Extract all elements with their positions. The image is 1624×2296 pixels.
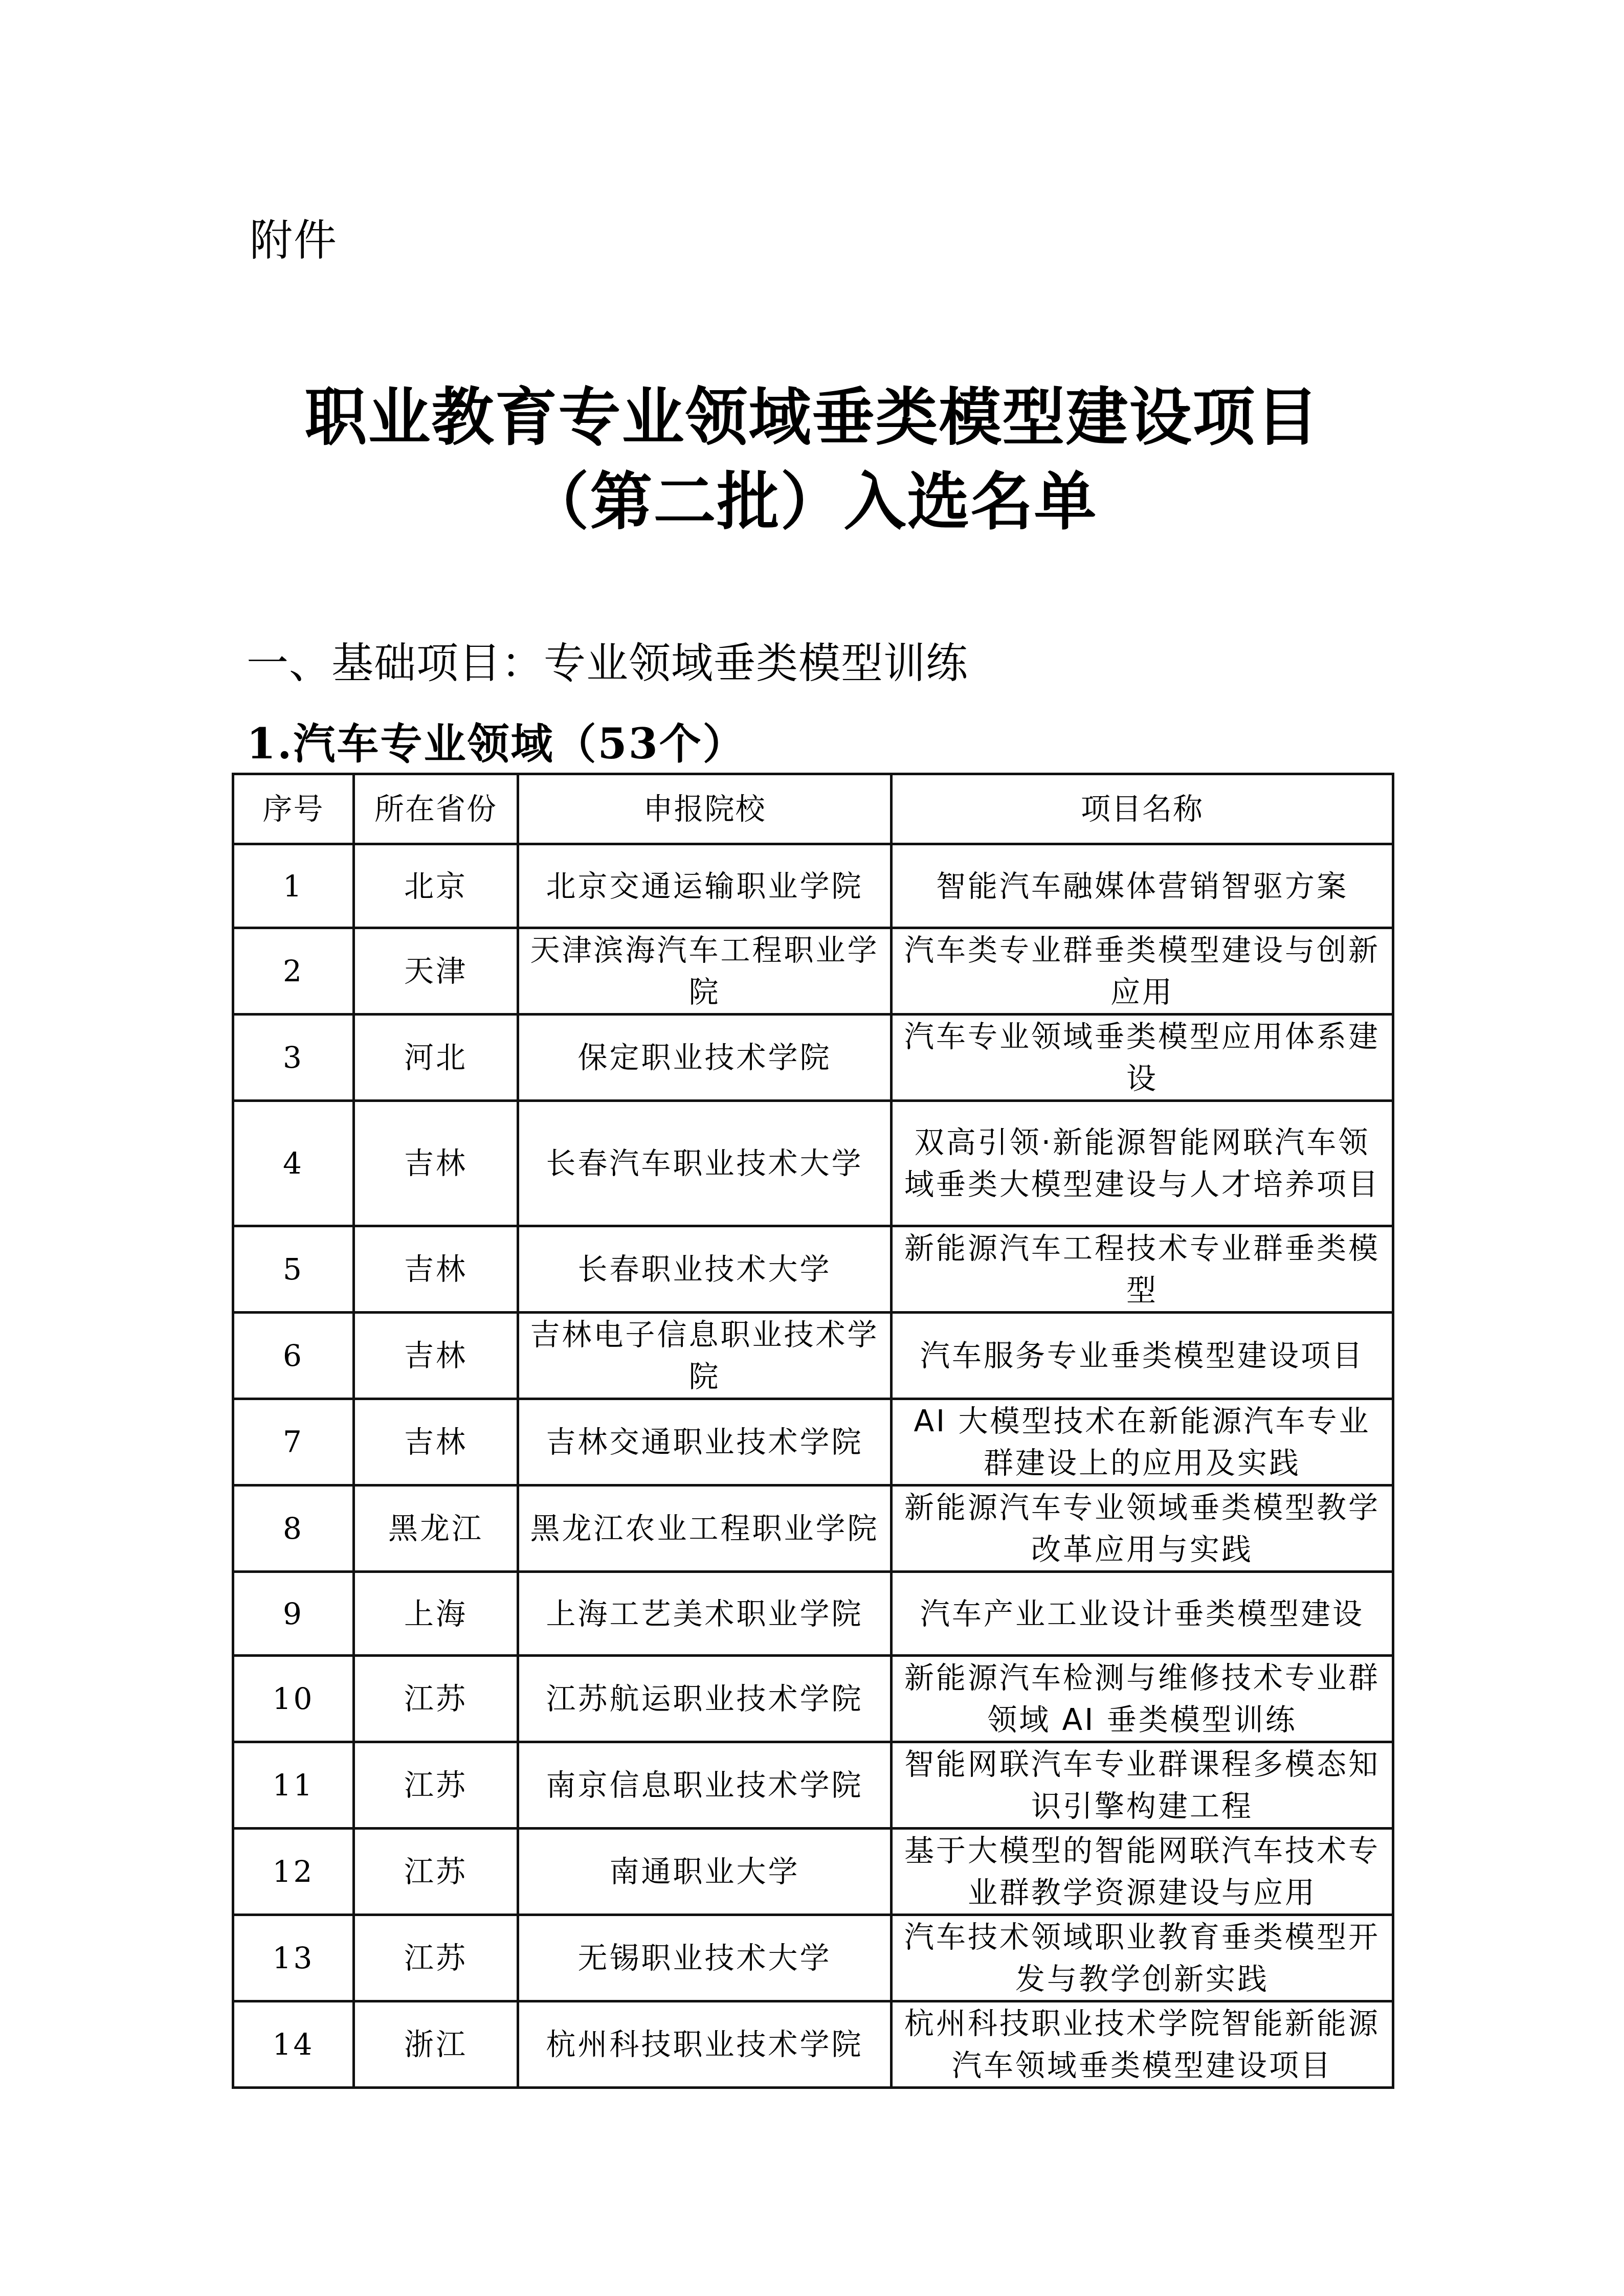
header-serial-number: 序号	[233, 774, 354, 844]
cell-province: 江苏	[354, 1915, 518, 2001]
cell-province: 上海	[354, 1572, 518, 1656]
cell-school: 保定职业技术学院	[518, 1015, 892, 1101]
cell-school: 吉林电子信息职业技术学院	[518, 1313, 892, 1399]
cell-project-name: 智能网联汽车专业群课程多模态知识引擎构建工程	[892, 1742, 1393, 1829]
table-row: 7 吉林 吉林交通职业技术学院 AI 大模型技术在新能源汽车专业群建设上的应用及…	[233, 1399, 1393, 1485]
cell-serial-number: 8	[233, 1485, 354, 1572]
table-row: 5 吉林 长春职业技术大学 新能源汽车工程技术专业群垂类模型	[233, 1226, 1393, 1313]
cell-project-name: 智能汽车融媒体营销智驱方案	[892, 844, 1393, 928]
subsection-heading: 1.汽车专业领域（53个）	[247, 716, 746, 772]
cell-project-name: 汽车专业领域垂类模型应用体系建设	[892, 1015, 1393, 1101]
header-school: 申报院校	[518, 774, 892, 844]
cell-project-name: AI 大模型技术在新能源汽车专业群建设上的应用及实践	[892, 1399, 1393, 1485]
document-title-line1: 职业教育专业领域垂类模型建设项目	[0, 378, 1624, 455]
cell-serial-number: 13	[233, 1915, 354, 2001]
cell-serial-number: 1	[233, 844, 354, 928]
cell-project-name: 新能源汽车专业领域垂类模型教学改革应用与实践	[892, 1485, 1393, 1572]
cell-school: 北京交通运输职业学院	[518, 844, 892, 928]
cell-serial-number: 5	[233, 1226, 354, 1313]
cell-project-name: 汽车类专业群垂类模型建设与创新应用	[892, 928, 1393, 1015]
cell-serial-number: 7	[233, 1399, 354, 1485]
cell-province: 浙江	[354, 2001, 518, 2088]
cell-project-name: 新能源汽车工程技术专业群垂类模型	[892, 1226, 1393, 1313]
cell-project-name: 新能源汽车检测与维修技术专业群领域 AI 垂类模型训练	[892, 1656, 1393, 1742]
header-project-name: 项目名称	[892, 774, 1393, 844]
cell-school: 吉林交通职业技术学院	[518, 1399, 892, 1485]
table-row: 12 江苏 南通职业大学 基于大模型的智能网联汽车技术专业群教学资源建设与应用	[233, 1829, 1393, 1915]
table-row: 6 吉林 吉林电子信息职业技术学院 汽车服务专业垂类模型建设项目	[233, 1313, 1393, 1399]
table-row: 13 江苏 无锡职业技术大学 汽车技术领域职业教育垂类模型开发与教学创新实践	[233, 1915, 1393, 2001]
table-row: 2 天津 天津滨海汽车工程职业学院 汽车类专业群垂类模型建设与创新应用	[233, 928, 1393, 1015]
cell-school: 上海工艺美术职业学院	[518, 1572, 892, 1656]
cell-serial-number: 4	[233, 1101, 354, 1226]
cell-serial-number: 9	[233, 1572, 354, 1656]
table-row: 3 河北 保定职业技术学院 汽车专业领域垂类模型应用体系建设	[233, 1015, 1393, 1101]
cell-province: 黑龙江	[354, 1485, 518, 1572]
cell-serial-number: 14	[233, 2001, 354, 2088]
cell-school: 南通职业大学	[518, 1829, 892, 1915]
cell-school: 杭州科技职业技术学院	[518, 2001, 892, 2088]
cell-project-name: 汽车产业工业设计垂类模型建设	[892, 1572, 1393, 1656]
table-row: 4 吉林 长春汽车职业技术大学 双高引领·新能源智能网联汽车领域垂类大模型建设与…	[233, 1101, 1393, 1226]
cell-school: 无锡职业技术大学	[518, 1915, 892, 2001]
cell-serial-number: 11	[233, 1742, 354, 1829]
table-row: 14 浙江 杭州科技职业技术学院 杭州科技职业技术学院智能新能源汽车领域垂类模型…	[233, 2001, 1393, 2088]
table-row: 8 黑龙江 黑龙江农业工程职业学院 新能源汽车专业领域垂类模型教学改革应用与实践	[233, 1485, 1393, 1572]
cell-serial-number: 2	[233, 928, 354, 1015]
cell-project-name: 基于大模型的智能网联汽车技术专业群教学资源建设与应用	[892, 1829, 1393, 1915]
header-province: 所在省份	[354, 774, 518, 844]
selection-list-table: 序号 所在省份 申报院校 项目名称 1 北京 北京交通运输职业学院 智能汽车融媒…	[232, 773, 1394, 2089]
cell-school: 江苏航运职业技术学院	[518, 1656, 892, 1742]
cell-serial-number: 3	[233, 1015, 354, 1101]
cell-province: 北京	[354, 844, 518, 928]
section-heading: 一、基础项目：专业领域垂类模型训练	[247, 636, 968, 692]
cell-school: 天津滨海汽车工程职业学院	[518, 928, 892, 1015]
cell-school: 长春汽车职业技术大学	[518, 1101, 892, 1226]
cell-school: 长春职业技术大学	[518, 1226, 892, 1313]
table-row: 9 上海 上海工艺美术职业学院 汽车产业工业设计垂类模型建设	[233, 1572, 1393, 1656]
cell-province: 吉林	[354, 1101, 518, 1226]
attachment-label: 附件	[250, 215, 338, 266]
cell-province: 吉林	[354, 1226, 518, 1313]
cell-serial-number: 12	[233, 1829, 354, 1915]
cell-serial-number: 10	[233, 1656, 354, 1742]
cell-province: 江苏	[354, 1656, 518, 1742]
table-row: 11 江苏 南京信息职业技术学院 智能网联汽车专业群课程多模态知识引擎构建工程	[233, 1742, 1393, 1829]
cell-province: 江苏	[354, 1742, 518, 1829]
cell-school: 黑龙江农业工程职业学院	[518, 1485, 892, 1572]
cell-project-name: 汽车技术领域职业教育垂类模型开发与教学创新实践	[892, 1915, 1393, 2001]
cell-project-name: 双高引领·新能源智能网联汽车领域垂类大模型建设与人才培养项目	[892, 1101, 1393, 1226]
cell-province: 江苏	[354, 1829, 518, 1915]
table-row: 10 江苏 江苏航运职业技术学院 新能源汽车检测与维修技术专业群领域 AI 垂类…	[233, 1656, 1393, 1742]
table-row: 1 北京 北京交通运输职业学院 智能汽车融媒体营销智驱方案	[233, 844, 1393, 928]
cell-school: 南京信息职业技术学院	[518, 1742, 892, 1829]
cell-province: 吉林	[354, 1313, 518, 1399]
cell-province: 吉林	[354, 1399, 518, 1485]
cell-project-name: 杭州科技职业技术学院智能新能源汽车领域垂类模型建设项目	[892, 2001, 1393, 2088]
document-title-line2: （第二批）入选名单	[0, 463, 1624, 539]
cell-province: 天津	[354, 928, 518, 1015]
cell-serial-number: 6	[233, 1313, 354, 1399]
cell-project-name: 汽车服务专业垂类模型建设项目	[892, 1313, 1393, 1399]
table-header-row: 序号 所在省份 申报院校 项目名称	[233, 774, 1393, 844]
cell-province: 河北	[354, 1015, 518, 1101]
